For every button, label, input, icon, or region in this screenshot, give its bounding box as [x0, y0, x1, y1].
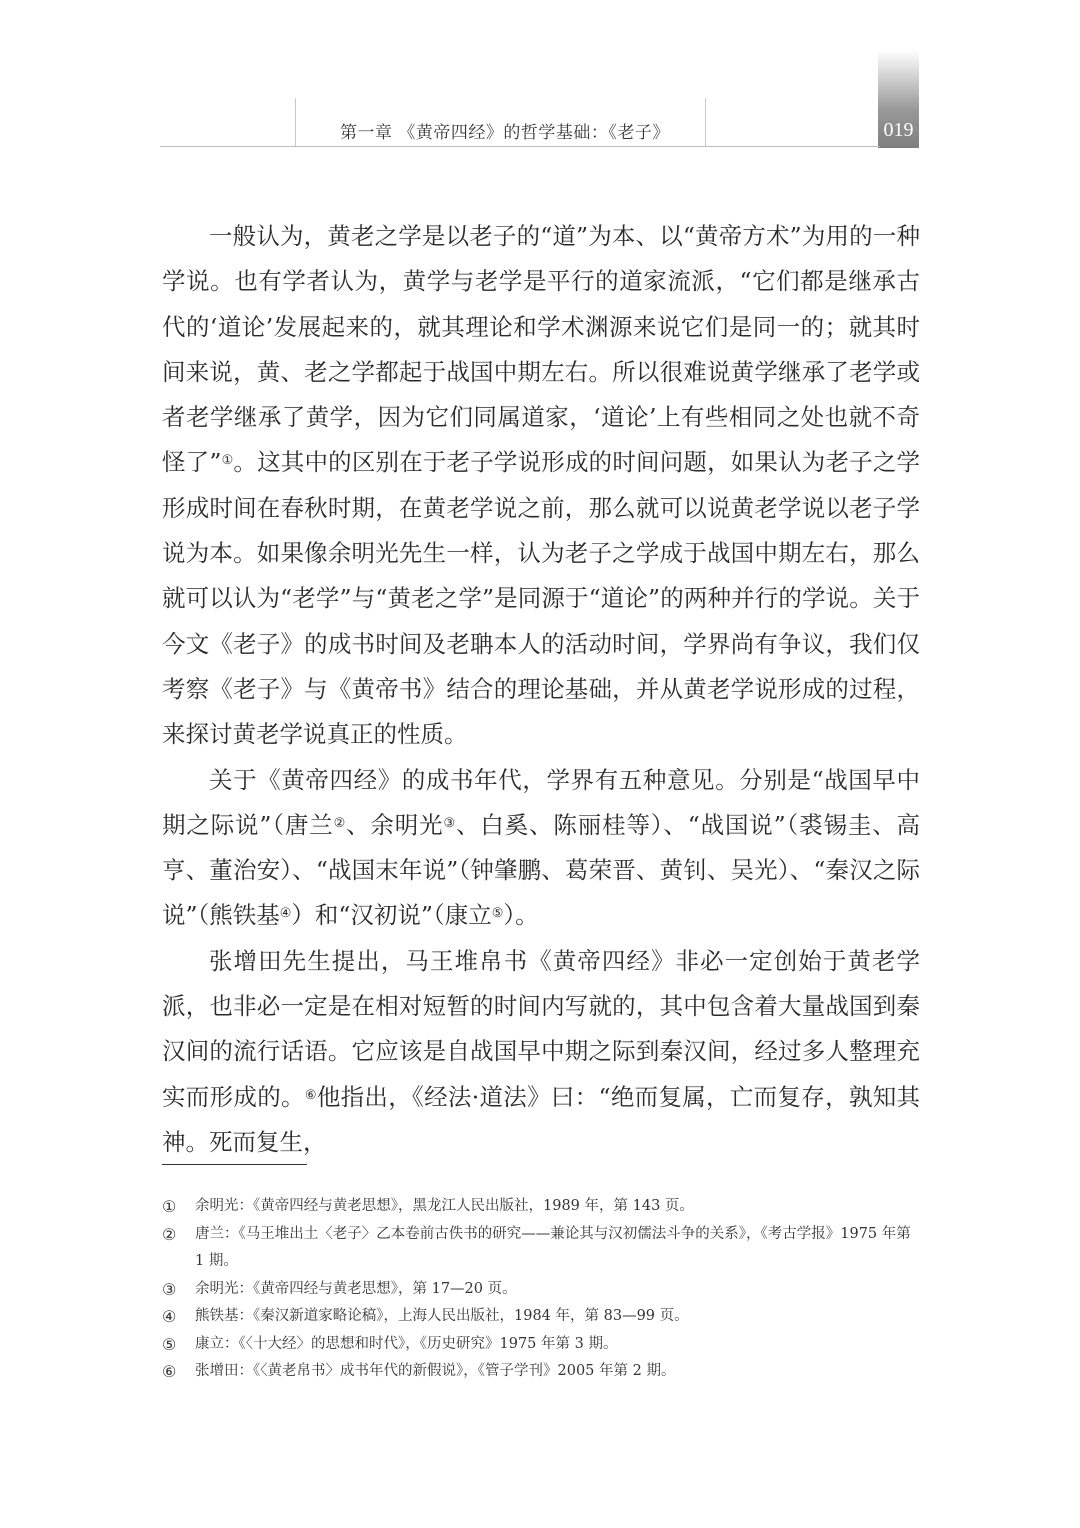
- footnote-text: 张增田：《〈黄老帛书〉成书年代的新假说》，《管子学刊》2005 年第 2 期。: [195, 1358, 922, 1386]
- footnote-mark: ④: [162, 1303, 195, 1331]
- body-text: 一般认为，黄老之学是以老子的“道”为本、以“黄帝方术”为用的一种学说。也有学者认…: [162, 214, 920, 1165]
- footnote-text: 康立：《〈十大经〉的思想和时代》，《历史研究》1975 年第 3 期。: [195, 1331, 922, 1359]
- paragraph: 张增田先生提出，马王堆帛书《黄帝四经》非必一定创始于黄老学派，也非必一定是在相对…: [162, 939, 920, 1165]
- header-divider-left: [295, 98, 296, 146]
- page-number-tab: 019: [878, 50, 919, 148]
- paragraph-text: 、余明光: [346, 811, 443, 839]
- footnotes: ① 余明光：《黄帝四经与黄老思想》，黑龙江人民出版社，1989 年，第 143 …: [162, 1193, 922, 1386]
- paragraph-text: ）和“汉初说”（康立: [291, 901, 491, 929]
- footnote-text: 熊铁基：《秦汉新道家略论稿》，上海人民出版社，1984 年，第 83—99 页。: [195, 1303, 922, 1331]
- footnote-ref[interactable]: ④: [280, 906, 292, 921]
- footnote-text: 唐兰：《马王堆出土〈老子〉乙本卷前古佚书的研究——兼论其与汉初儒法斗争的关系》，…: [195, 1221, 922, 1276]
- paragraph: 关于《黄帝四经》的成书年代，学界有五种意见。分别是“战国早中期之际说”（唐兰②、…: [162, 758, 920, 939]
- chapter-title: 第一章 《黄帝四经》的哲学基础：《老子》: [340, 118, 670, 143]
- header-divider-right: [705, 98, 706, 146]
- footnote-text: 余明光：《黄帝四经与黄老思想》，第 17—20 页。: [195, 1276, 922, 1304]
- paragraph-text: 一般认为，黄老之学是以老子的“道”为本、以“黄帝方术”为用的一种学说。也有学者认…: [162, 222, 920, 476]
- footnote-text: 余明光：《黄帝四经与黄老思想》，黑龙江人民出版社，1989 年，第 143 页。: [195, 1193, 922, 1221]
- paragraph-text: 。这其中的区别在于老子学说形成的时间问题，如果认为老子之学形成时间在春秋时期，在…: [162, 448, 920, 748]
- header-rule: [160, 146, 880, 147]
- footnote-ref[interactable]: ①: [221, 453, 233, 468]
- page-number: 019: [878, 119, 919, 142]
- paragraph-text: ）。: [503, 901, 538, 929]
- footnote-mark: ③: [162, 1276, 195, 1304]
- footnote-ref[interactable]: ③: [443, 816, 456, 831]
- footnote-item: ① 余明光：《黄帝四经与黄老思想》，黑龙江人民出版社，1989 年，第 143 …: [162, 1193, 922, 1221]
- footnote-ref[interactable]: ⑥: [305, 1088, 317, 1103]
- footnote-ref[interactable]: ⑤: [492, 906, 504, 921]
- footnote-item: ② 唐兰：《马王堆出土〈老子〉乙本卷前古佚书的研究——兼论其与汉初儒法斗争的关系…: [162, 1221, 922, 1276]
- footnote-separator: [162, 1164, 307, 1165]
- footnote-ref[interactable]: ②: [334, 816, 347, 831]
- footnote-item: ⑥ 张增田：《〈黄老帛书〉成书年代的新假说》，《管子学刊》2005 年第 2 期…: [162, 1358, 922, 1386]
- footnote-item: ⑤ 康立：《〈十大经〉的思想和时代》，《历史研究》1975 年第 3 期。: [162, 1331, 922, 1359]
- footnote-mark: ②: [162, 1221, 195, 1276]
- footnote-mark: ①: [162, 1193, 195, 1221]
- footnote-mark: ⑥: [162, 1358, 195, 1386]
- footnote-mark: ⑤: [162, 1331, 195, 1359]
- footnote-item: ③ 余明光：《黄帝四经与黄老思想》，第 17—20 页。: [162, 1276, 922, 1304]
- footnote-item: ④ 熊铁基：《秦汉新道家略论稿》，上海人民出版社，1984 年，第 83—99 …: [162, 1303, 922, 1331]
- page-header: 第一章 《黄帝四经》的哲学基础：《老子》 019: [0, 0, 1080, 150]
- paragraph: 一般认为，黄老之学是以老子的“道”为本、以“黄帝方术”为用的一种学说。也有学者认…: [162, 214, 920, 758]
